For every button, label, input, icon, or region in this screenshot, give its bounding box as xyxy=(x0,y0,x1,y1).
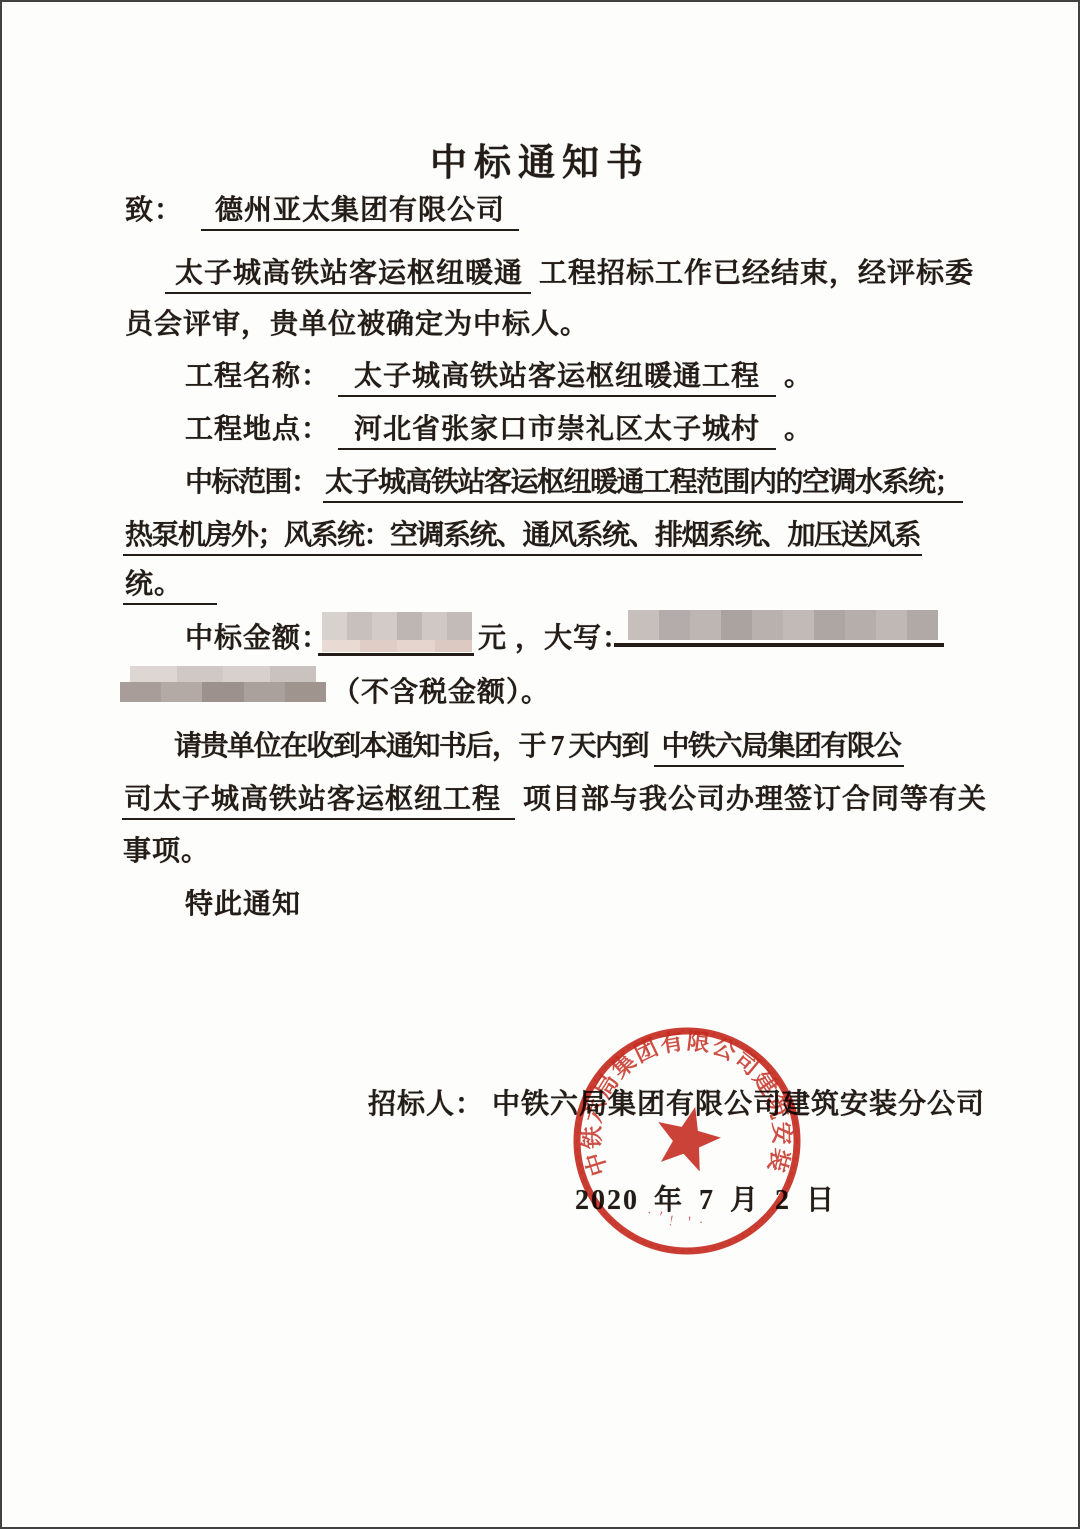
redaction-mosaic-cell xyxy=(907,610,938,640)
redaction-mosaic-cell xyxy=(783,610,814,640)
scope-label: 中标范围： xyxy=(185,467,318,498)
redaction-mosaic-cell xyxy=(814,610,845,640)
redaction-mosaic-cell xyxy=(202,682,243,702)
notice-line-2-underlined: 司太子城高铁站客运枢纽工程 xyxy=(122,784,515,820)
intro-underlined-project: 太子城高铁站客运枢纽暖通 xyxy=(165,258,531,294)
redaction-mosaic-cell xyxy=(659,610,690,640)
redaction-mosaic-cell xyxy=(845,610,876,640)
project-location-line: 工程地点： 河北省张家口市崇礼区太子城村 。 xyxy=(185,407,813,447)
official-seal-stamp: 中铁六局集团有限公司建筑安装分公司 · ＇ ！ ＇ · xyxy=(570,1024,808,1262)
redaction-mosaic-cell xyxy=(360,640,398,652)
issuer-label: 招标人： xyxy=(368,1089,484,1120)
redaction-mosaic-cell xyxy=(721,610,752,640)
tax-exclusive-note: （不含税金额）。 xyxy=(332,670,550,710)
amount-label: 中标金额： xyxy=(185,616,330,656)
redaction-mosaic-cell xyxy=(244,682,285,702)
salutation-label: 致： xyxy=(125,195,183,226)
redaction-mosaic-cell xyxy=(161,682,202,702)
redaction-mosaic-cell xyxy=(435,640,473,652)
amount-unit-and-caps-label: 元 ，大写： xyxy=(478,616,631,656)
project-name-value: 太子城高铁站客运枢纽暖通工程 xyxy=(338,361,776,397)
redacted-amount-words-cont-top xyxy=(130,666,316,682)
redacted-amount-figure-strip xyxy=(322,640,472,652)
seal-star-icon xyxy=(649,1099,727,1174)
redacted-amount-words xyxy=(628,610,938,640)
seal-bottom-marks-holder: · ＇ ！ ＇ · xyxy=(644,1205,704,1231)
scope-value-line-3: 统。 xyxy=(123,569,217,605)
project-location-period: 。 xyxy=(784,414,813,445)
project-name-period: 。 xyxy=(784,361,813,392)
project-location-label: 工程地点： xyxy=(185,414,330,445)
caps-blank-underline xyxy=(614,643,944,647)
redaction-mosaic-cell xyxy=(397,640,435,652)
notice-line-2-rest: 项目部与我公司办理签订合同等有关 xyxy=(523,784,987,815)
seal-ring-text: 中铁六局集团有限公司建筑安装分公司 xyxy=(570,1024,795,1179)
scope-value-line-2: 热泵机房外；风系统：空调系统、通风系统、排烟系统、加压送风系 xyxy=(123,520,922,556)
redaction-mosaic-cell xyxy=(130,666,177,682)
redaction-mosaic-cell xyxy=(876,610,907,640)
redaction-mosaic-cell xyxy=(422,612,447,640)
intro-line-2: 员会评审，贵单位被确定为中标人。 xyxy=(125,302,589,342)
scope-line-3: 统。 xyxy=(123,562,217,602)
redaction-mosaic-cell xyxy=(397,612,422,640)
scanned-bid-notice-document: 中标通知书 致： 德州亚太集团有限公司 太子城高铁站客运枢纽暖通 工程招标工作已… xyxy=(0,0,1080,1529)
redaction-mosaic-cell xyxy=(120,682,161,702)
notice-line-3: 事项。 xyxy=(123,829,210,869)
notice-line-1-underlined: 中铁六局集团有限公 xyxy=(654,731,905,767)
scope-line-1: 中标范围： 太子城高铁站客运枢纽暖通工程范围内的空调水系统； xyxy=(185,460,963,500)
redaction-mosaic-cell xyxy=(223,666,270,682)
seal-bottom-marks: · ＇ ！ ＇ · xyxy=(644,1205,704,1231)
scope-line-2: 热泵机房外；风系统：空调系统、通风系统、排烟系统、加压送风系 xyxy=(123,513,922,553)
redacted-amount-words-cont xyxy=(120,682,326,702)
redaction-mosaic-cell xyxy=(372,612,397,640)
redaction-mosaic-cell xyxy=(177,666,224,682)
recipient-name: 德州亚太集团有限公司 xyxy=(201,195,519,231)
redaction-mosaic-cell xyxy=(628,610,659,640)
redaction-mosaic-cell xyxy=(285,682,326,702)
intro-line-1: 太子城高铁站客运枢纽暖通 工程招标工作已经结束，经评标委 xyxy=(125,251,974,291)
redaction-mosaic-cell xyxy=(447,612,472,640)
salutation-line: 致： 德州亚太集团有限公司 xyxy=(125,188,519,228)
scope-value-line-1: 太子城高铁站客运枢纽暖通工程范围内的空调水系统； xyxy=(323,467,963,503)
intro-line-1-rest: 工程招标工作已经结束，经评标委 xyxy=(539,258,974,289)
seal-ring-text-holder: 中铁六局集团有限公司建筑安装分公司 xyxy=(570,1024,795,1179)
amount-blank-underline xyxy=(318,653,474,656)
notice-line-2: 司太子城高铁站客运枢纽工程 项目部与我公司办理签订合同等有关 xyxy=(122,777,987,817)
redaction-mosaic-cell xyxy=(690,610,721,640)
notice-line-1: 请贵单位在收到本通知书后，于 7 天内到 中铁六局集团有限公 xyxy=(174,724,904,764)
project-location-value: 河北省张家口市崇礼区太子城村 xyxy=(338,414,776,450)
redaction-mosaic-cell xyxy=(270,666,317,682)
redaction-mosaic-cell xyxy=(347,612,372,640)
notice-line-1-pre: 请贵单位在收到本通知书后，于 7 天内到 xyxy=(174,731,654,762)
redaction-mosaic-cell xyxy=(752,610,783,640)
redacted-amount-figure xyxy=(322,612,472,640)
project-name-line: 工程名称： 太子城高铁站客运枢纽暖通工程 。 xyxy=(185,354,813,394)
closing-phrase: 特此通知 xyxy=(185,882,301,922)
project-name-label: 工程名称： xyxy=(185,361,330,392)
page-title: 中标通知书 xyxy=(2,132,1078,186)
